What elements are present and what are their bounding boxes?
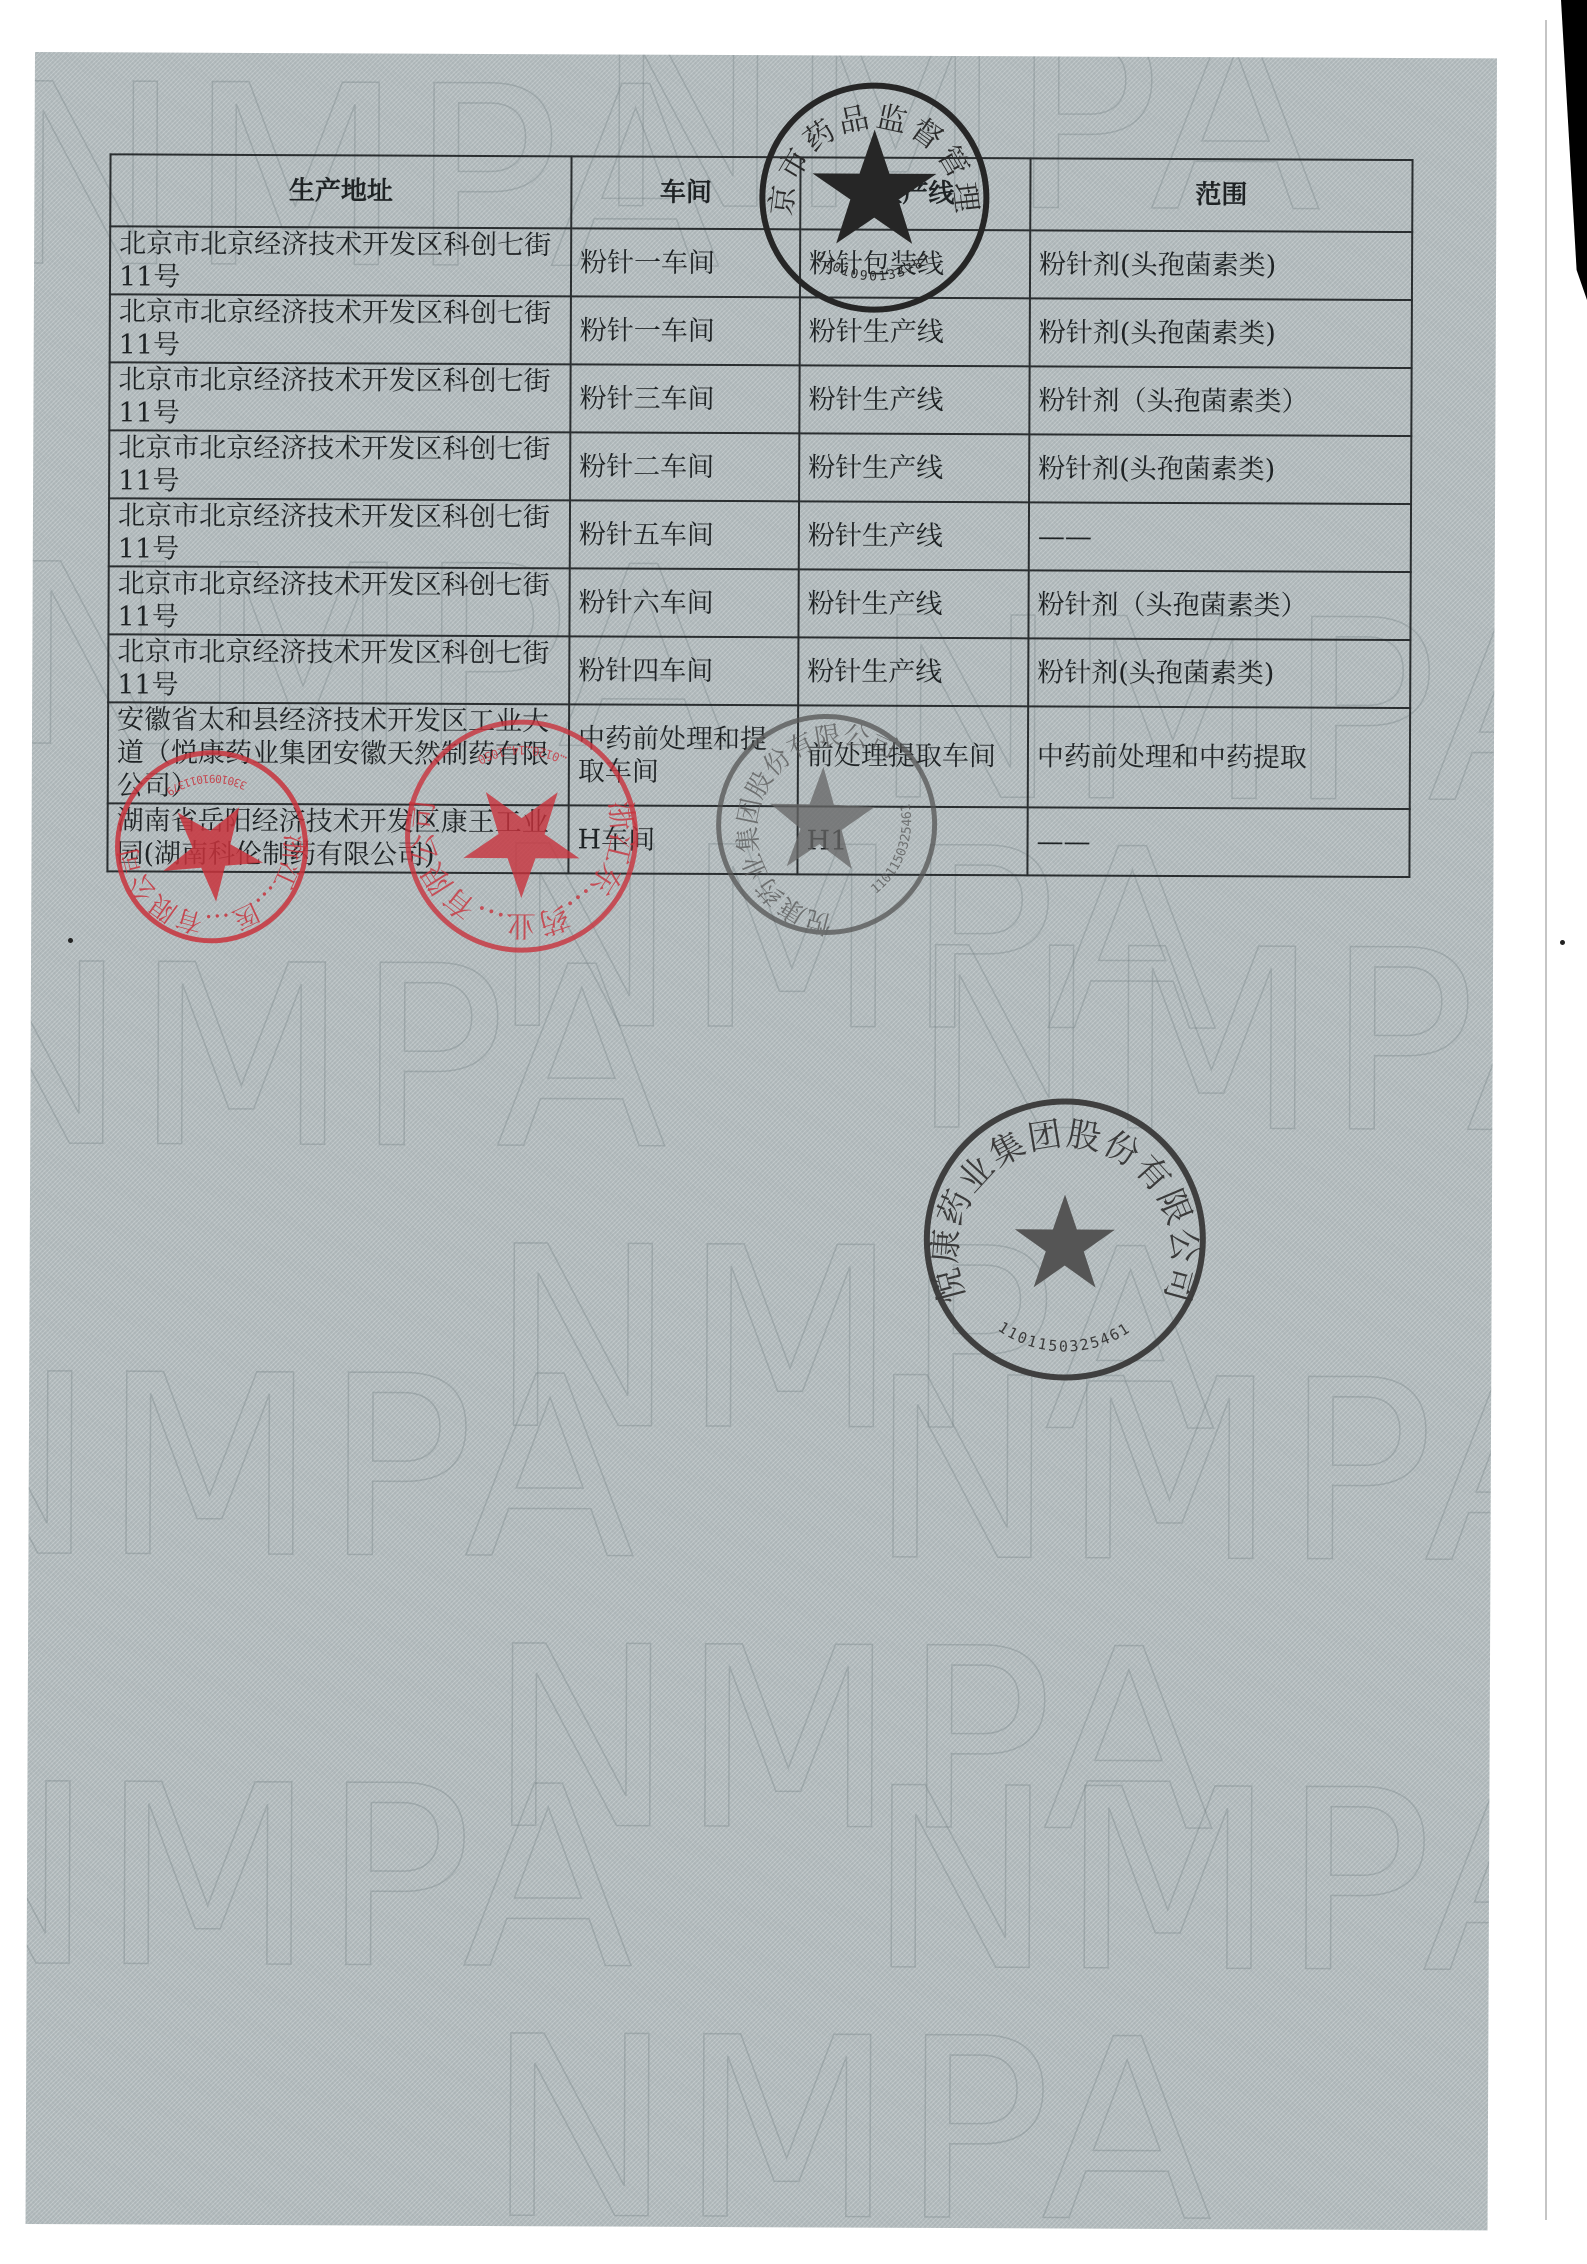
watermark-nmpa: NMPA xyxy=(910,916,1497,1169)
workshop-cell: 粉针一车间 xyxy=(571,228,800,297)
scope-cell: —— xyxy=(1027,807,1409,877)
scan-speck xyxy=(68,938,73,943)
address-cell: 北京市北京经济技术开发区科创七街11号 xyxy=(110,294,571,364)
scope-cell: 粉针剂(头孢菌素类) xyxy=(1029,434,1411,504)
scope-cell: 粉针剂（头孢菌素类） xyxy=(1028,570,1410,640)
scan-black-edge xyxy=(1561,0,1587,300)
watermark-nmpa: NMPA xyxy=(26,932,674,1185)
line-cell: 粉针生产线 xyxy=(798,637,1028,706)
watermark-nmpa: NMPA xyxy=(866,1756,1497,2009)
watermark-nmpa: NMPA xyxy=(485,2004,1219,2230)
address-cell: 北京市北京经济技术开发区科创七街11号 xyxy=(108,634,569,704)
header-workshop: 车间 xyxy=(571,156,800,229)
workshop-cell: 中药前处理和提取车间 xyxy=(569,704,798,806)
svg-text:1101150325461: 1101150325461 xyxy=(995,1318,1134,1356)
scope-cell: 粉针剂(头孢菌素类) xyxy=(1030,230,1412,300)
line-cell: 粉针生产线 xyxy=(800,297,1030,366)
scope-cell: 粉针剂(头孢菌素类) xyxy=(1030,298,1412,368)
scan-speck xyxy=(1560,940,1565,945)
table-row: 北京市北京经济技术开发区科创七街11号粉针一车间粉针包装线粉针剂(头孢菌素类) xyxy=(110,226,1412,300)
scope-cell: 粉针剂（头孢菌素类） xyxy=(1029,366,1411,436)
workshop-cell: 粉针三车间 xyxy=(570,364,799,433)
line-cell: 粉针生产线 xyxy=(799,365,1029,434)
address-cell: 北京市北京经济技术开发区科创七街11号 xyxy=(110,226,571,296)
table-row: 北京市北京经济技术开发区科创七街11号粉针六车间粉针生产线粉针剂（头孢菌素类） xyxy=(108,566,1410,640)
address-cell: 北京市北京经济技术开发区科创七街11号 xyxy=(109,430,570,500)
watermark-nmpa: NMPA xyxy=(489,1214,1223,1467)
address-cell: 北京市北京经济技术开发区科创七街11号 xyxy=(108,566,569,636)
svg-text:悦康药业集团股份有限公司: 悦康药业集团股份有限公司 xyxy=(925,1113,1206,1308)
table-header-row: 生产地址 车间 生产线 范围 xyxy=(110,154,1412,232)
scope-cell: 粉针剂(头孢菌素类) xyxy=(1028,638,1410,708)
workshop-cell: 粉针二车间 xyxy=(570,432,799,501)
table-row: 北京市北京经济技术开发区科创七街11号粉针三车间粉针生产线粉针剂（头孢菌素类） xyxy=(109,362,1411,436)
address-cell: 北京市北京经济技术开发区科创七街11号 xyxy=(109,498,570,568)
address-cell: 湖南省岳阳经济技术开发区康王工业园(湖南科伦制药有限公司) xyxy=(107,803,568,873)
yuekang-company-seal-large: 悦康药业集团股份有限公司 1101150325461 xyxy=(914,1089,1215,1390)
table-row: 湖南省岳阳经济技术开发区康王工业园(湖南科伦制药有限公司)H车间H1—— xyxy=(107,803,1409,877)
scope-cell: 中药前处理和中药提取 xyxy=(1028,706,1410,809)
workshop-cell: 粉针六车间 xyxy=(569,568,798,637)
table-row: 安徽省太和县经济技术开发区工业大道（悦康药业集团安徽天然制药有限公司）中药前处理… xyxy=(108,702,1410,809)
workshop-cell: 粉针五车间 xyxy=(570,500,799,569)
header-address: 生产地址 xyxy=(110,154,571,228)
line-cell: 前处理提取车间 xyxy=(798,705,1028,807)
watermark-nmpa: NMPA xyxy=(868,1346,1497,1599)
table-row: 北京市北京经济技术开发区科创七街11号粉针一车间粉针生产线粉针剂(头孢菌素类) xyxy=(110,294,1412,368)
workshop-cell: 粉针四车间 xyxy=(569,636,798,705)
header-line: 生产线 xyxy=(800,157,1030,230)
line-cell: H1 xyxy=(797,806,1027,875)
line-cell: 粉针生产线 xyxy=(799,501,1029,570)
scanned-page: NMPA NMPA NMPA NMPA NMPA NMPA NMPA NMPA … xyxy=(26,52,1497,2230)
table-row: 北京市北京经济技术开发区科创七街11号粉针五车间粉针生产线—— xyxy=(109,498,1411,572)
production-scope-table: 生产地址 车间 生产线 范围 北京市北京经济技术开发区科创七街11号粉针一车间粉… xyxy=(106,153,1413,878)
watermark-nmpa: NMPA xyxy=(26,1341,642,1594)
table-row: 北京市北京经济技术开发区科创七街11号粉针四车间粉针生产线粉针剂(头孢菌素类) xyxy=(108,634,1410,708)
line-cell: 粉针生产线 xyxy=(799,433,1029,502)
table-row: 北京市北京经济技术开发区科创七街11号粉针二车间粉针生产线粉针剂(头孢菌素类) xyxy=(109,430,1411,504)
line-cell: 粉针生产线 xyxy=(798,569,1028,638)
header-scope: 范围 xyxy=(1030,158,1412,232)
watermark-nmpa: NMPA xyxy=(26,1751,641,2004)
yuekang-seal-text: 悦康药业集团股份有限公司 xyxy=(925,1113,1206,1308)
scope-cell: —— xyxy=(1029,502,1411,572)
workshop-cell: H车间 xyxy=(568,805,797,874)
address-cell: 安徽省太和县经济技术开发区工业大道（悦康药业集团安徽天然制药有限公司） xyxy=(108,702,569,805)
scan-edge-line xyxy=(1545,20,1547,2220)
line-cell: 粉针包装线 xyxy=(800,229,1030,298)
watermark-nmpa: NMPA xyxy=(487,1614,1221,1867)
workshop-cell: 粉针一车间 xyxy=(571,296,800,365)
address-cell: 北京市北京经济技术开发区科创七街11号 xyxy=(109,362,570,432)
